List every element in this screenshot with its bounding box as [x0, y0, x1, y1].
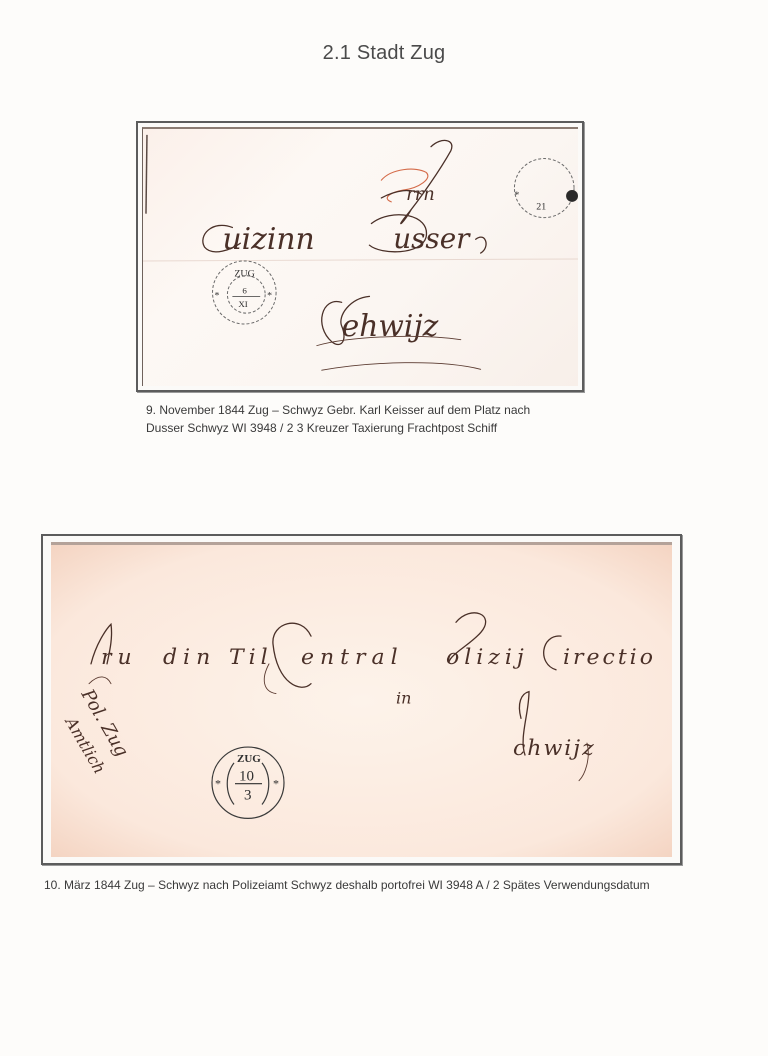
svg-text:entral: entral [301, 645, 404, 670]
cover-1-caption: 9. November 1844 Zug – Schwyz Gebr. Karl… [146, 401, 566, 437]
svg-text:ru: ru [101, 645, 138, 670]
svg-text:6: 6 [242, 285, 247, 295]
cover-2-handwriting: ru din Til entral olizij irectio in chwi… [51, 545, 672, 857]
svg-text:in: in [396, 689, 411, 708]
svg-text:*: * [215, 777, 221, 791]
postmark-zug-2: ZUG 10 3 * * [212, 747, 284, 818]
page-title: 2.1 Stadt Zug [0, 42, 768, 65]
postmark-zug-1: ZUG 6 XI * * [213, 261, 277, 324]
svg-text:usser: usser [393, 222, 471, 255]
svg-text:*: * [215, 290, 220, 301]
svg-text:10: 10 [239, 769, 254, 785]
svg-text:chwijz: chwijz [513, 736, 596, 761]
svg-text:21: 21 [536, 202, 546, 213]
svg-text:ehwijz: ehwijz [342, 308, 439, 343]
svg-text:irectio: irectio [563, 645, 656, 670]
caption-1-line-1: 9. November 1844 Zug – Schwyz Gebr. Karl… [146, 401, 566, 419]
postmark-2: 21 * [514, 159, 578, 218]
cover-1-handwriting: rrn uizinn usser ehwijz ZUG 6 XI * * [143, 129, 578, 386]
svg-text:XI: XI [238, 299, 247, 309]
svg-text:din: din [163, 645, 216, 670]
svg-text:*: * [273, 777, 279, 791]
svg-text:*: * [267, 290, 272, 301]
svg-text:uizinn: uizinn [222, 221, 314, 256]
svg-text:rrn: rrn [406, 184, 435, 205]
svg-text:ZUG: ZUG [234, 269, 254, 280]
cover-1-envelope: rrn uizinn usser ehwijz ZUG 6 XI * * [142, 127, 578, 386]
svg-text:Til: Til [229, 645, 273, 670]
cover-image-2: ru din Til entral olizij irectio in chwi… [41, 534, 682, 865]
svg-text:3: 3 [244, 788, 251, 804]
caption-1-line-2: Dusser Schwyz WI 3948 / 2 3 Kreuzer Taxi… [146, 419, 566, 437]
svg-text:ZUG: ZUG [237, 753, 261, 765]
svg-text:olizij: olizij [446, 645, 529, 670]
cover-2-caption: 10. März 1844 Zug – Schwyz nach Polizeia… [44, 876, 724, 894]
cover-2-envelope: ru din Til entral olizij irectio in chwi… [51, 542, 672, 857]
svg-text:*: * [514, 190, 519, 201]
cover-image-1: rrn uizinn usser ehwijz ZUG 6 XI * * [136, 121, 584, 392]
